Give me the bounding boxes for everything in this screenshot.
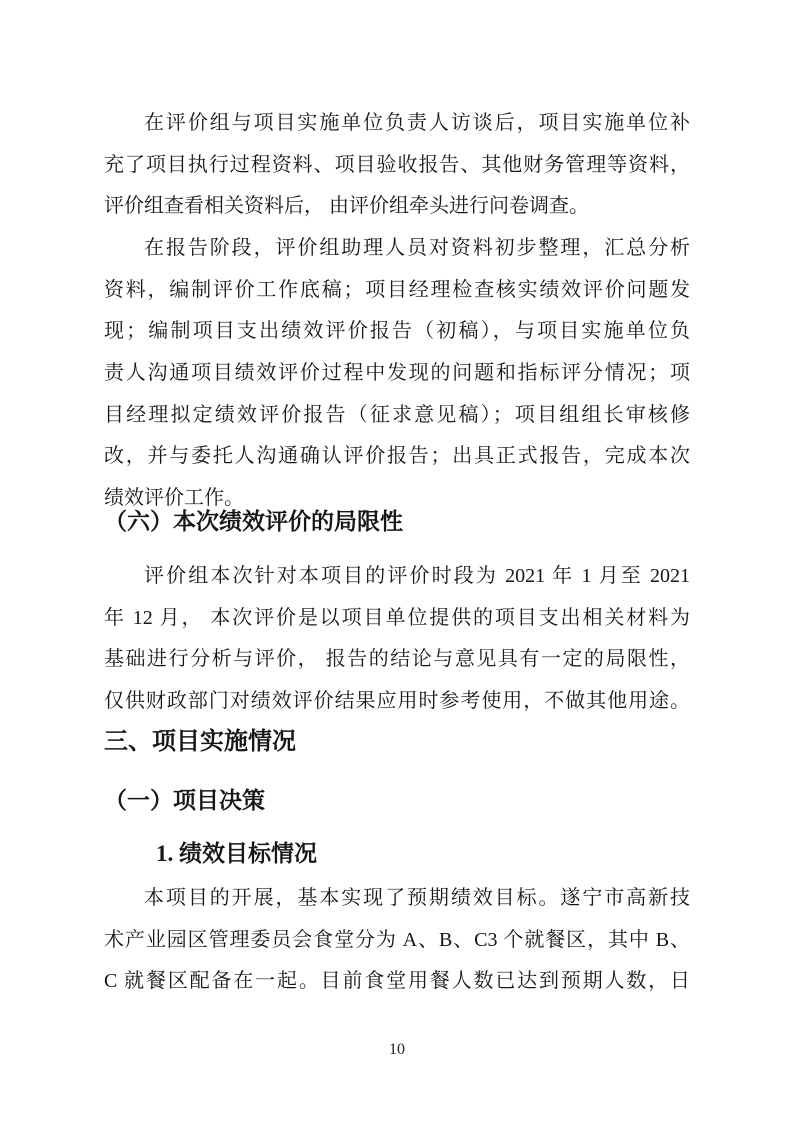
paragraph-line: 责人沟通项目绩效评价过程中发现的问题和指标评分情况；项 — [104, 353, 690, 395]
paragraph-line: 本项目的开展，基本实现了预期绩效目标。遂宁市高新技 — [104, 878, 690, 920]
paragraph-line: 年 12 月， 本次评价是以项目单位提供的项目支出相关材料为 — [104, 598, 690, 640]
paragraph-line: 现；编制项目支出绩效评价报告（初稿），与项目实施单位负 — [104, 311, 690, 353]
heading-performance-target: 1. 绩效目标情况 — [156, 839, 317, 869]
heading-implementation: 三、项目实施情况 — [104, 726, 296, 757]
paragraph-line: 资料，编制评价工作底稿；项目经理检查核实绩效评价问题发 — [104, 270, 690, 312]
paragraph-line: 基础进行分析与评价， 报告的结论与意见具有一定的局限性， — [104, 639, 690, 681]
paragraph-line: 在评价组与项目实施单位负责人访谈后，项目实施单位补 — [104, 103, 690, 145]
heading-decision: （一）项目决策 — [104, 786, 265, 816]
paragraph-limitations: 评价组本次针对本项目的评价时段为 2021 年 1 月至 2021 年 12 月… — [104, 556, 690, 723]
paragraph-interview: 在评价组与项目实施单位负责人访谈后，项目实施单位补 充了项目执行过程资料、项目验… — [104, 103, 690, 228]
heading-limitations: （六）本次绩效评价的局限性 — [104, 507, 403, 537]
paragraph-line: 评价组查看相关资料后， 由评价组牵头进行问卷调查。 — [104, 186, 690, 228]
paragraph-line: 术产业园区管理委员会食堂分为 A、B、C3 个就餐区，其中 B、 — [104, 920, 690, 962]
paragraph-report-stage: 在报告阶段，评价组助理人员对资料初步整理，汇总分析 资料，编制评价工作底稿；项目… — [104, 228, 690, 520]
page-number: 10 — [104, 1041, 690, 1059]
paragraph-line: 充了项目执行过程资料、项目验收报告、其他财务管理等资料， — [104, 145, 690, 187]
paragraph-line: 目经理拟定绩效评价报告（征求意见稿）；项目组组长审核修 — [104, 395, 690, 437]
document-page: 在评价组与项目实施单位负责人访谈后，项目实施单位补 充了项目执行过程资料、项目验… — [0, 0, 793, 1122]
paragraph-line: 改，并与委托人沟通确认评价报告；出具正式报告，完成本次 — [104, 436, 690, 478]
paragraph-line: 仅供财政部门对绩效评价结果应用时参考使用，不做其他用途。 — [104, 681, 690, 723]
paragraph-line: C 就餐区配备在一起。目前食堂用餐人数已达到预期人数，日 — [104, 961, 690, 1003]
paragraph-performance-target: 本项目的开展，基本实现了预期绩效目标。遂宁市高新技 术产业园区管理委员会食堂分为… — [104, 878, 690, 1003]
paragraph-line: 评价组本次针对本项目的评价时段为 2021 年 1 月至 2021 — [104, 556, 690, 598]
paragraph-line: 在报告阶段，评价组助理人员对资料初步整理，汇总分析 — [104, 228, 690, 270]
